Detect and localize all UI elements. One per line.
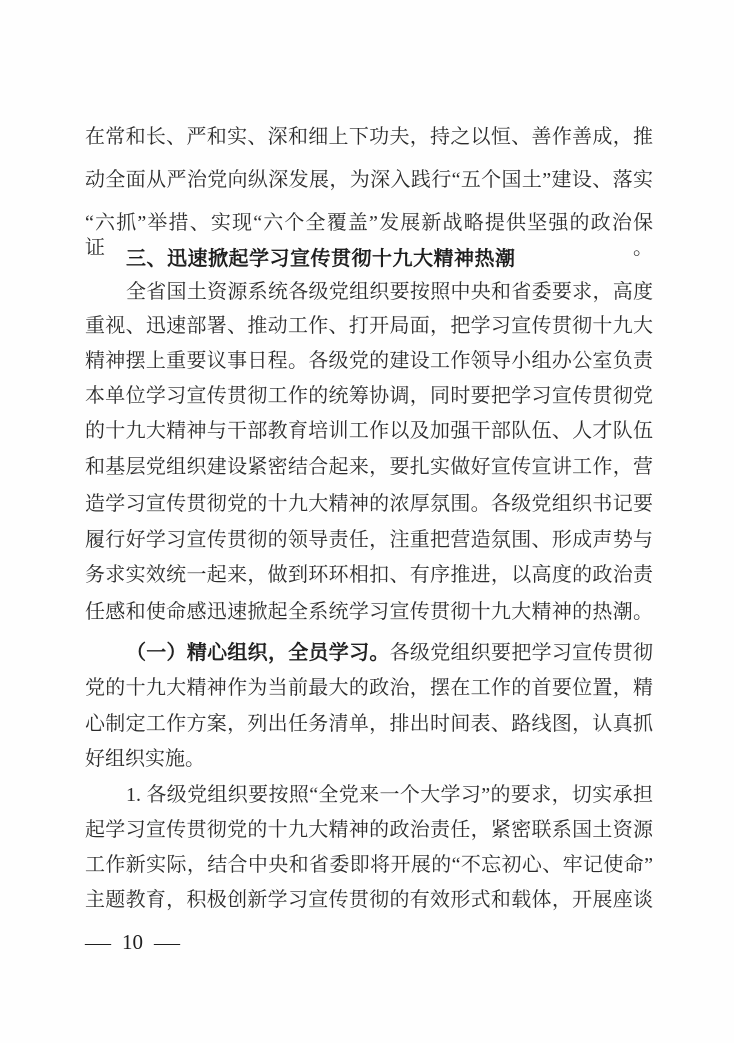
- text-line: 全省国土资源系统各级党组织要按照中央和省委要求，高度: [85, 280, 653, 307]
- page-number: 10: [122, 930, 143, 955]
- text-line: “六抓”举措、实现“六个全覆盖”发展新战略提供坚强的政治保证。: [85, 211, 653, 238]
- text-line: 务求实效统一起来，做到环环相扣、有序推进，以高度的政治责: [85, 563, 653, 590]
- text-line: 主题教育，积极创新学习宣传贯彻的有效形式和载体，开展座谈: [85, 888, 653, 915]
- text-line: （一）精心组织，全员学习。各级党组织要把学习宣传贯彻: [85, 641, 653, 668]
- text-line: 在常和长、严和实、深和细上下功夫，持之以恒、善作善成，推: [85, 125, 653, 152]
- footer-dash-left: —: [85, 932, 111, 955]
- text-line: 1. 各级党组织要按照“全党来一个大学习”的要求，切实承担: [85, 783, 653, 810]
- document-page: 在常和长、严和实、深和细上下功夫，持之以恒、善作善成，推动全面从严治党向纵深发展…: [0, 0, 734, 1043]
- text-line: 和基层党组织建设紧密结合起来，要扎实做好宣传宣讲工作，营: [85, 455, 653, 482]
- text-line: 任感和使命感迅速掀起全系统学习宣传贯彻十九大精神的热潮。: [85, 600, 653, 627]
- text-line: 精神摆上重要议事日程。各级党的建设工作领导小组办公室负责: [85, 349, 653, 376]
- text-line: 心制定工作方案，列出任务清单，排出时间表、路线图，认真抓: [85, 712, 653, 739]
- text-line: 好组织实施。: [85, 747, 653, 774]
- page-footer: —10—: [88, 930, 177, 955]
- document-body: 在常和长、严和实、深和细上下功夫，持之以恒、善作善成，推动全面从严治党向纵深发展…: [0, 0, 734, 1043]
- text-line: 党的十九大精神作为当前最大的政治，摆在工作的首要位置，精: [85, 676, 653, 703]
- text-line: 起学习宣传贯彻党的十九大精神的政治责任，紧密联系国土资源: [85, 818, 653, 845]
- text-line: 重视、迅速部署、推动工作、打开局面，把学习宣传贯彻十九大: [85, 314, 653, 341]
- section-heading: 三、迅速掀起学习宣传贯彻十九大精神热潮: [85, 247, 653, 274]
- text-line: 履行好学习宣传贯彻的领导责任，注重把营造氛围、形成声势与: [85, 528, 653, 555]
- text-line: 造学习宣传贯彻党的十九大精神的浓厚氛围。各级党组织书记要: [85, 492, 653, 519]
- text-line: 本单位学习宣传贯彻工作的统筹协调，同时要把学习宣传贯彻党: [85, 384, 653, 411]
- text-line: 工作新实际，结合中央和省委即将开展的“不忘初心、牢记使命”: [85, 853, 653, 880]
- subsection-bold-lead: （一）精心组织，全员学习。: [126, 642, 390, 664]
- text-line: 动全面从严治党向纵深发展，为深入践行“五个国土”建设、落实: [85, 168, 653, 195]
- footer-dash-right: —: [154, 932, 180, 955]
- text-line: 的十九大精神与干部教育培训工作以及加强干部队伍、人才队伍: [85, 419, 653, 446]
